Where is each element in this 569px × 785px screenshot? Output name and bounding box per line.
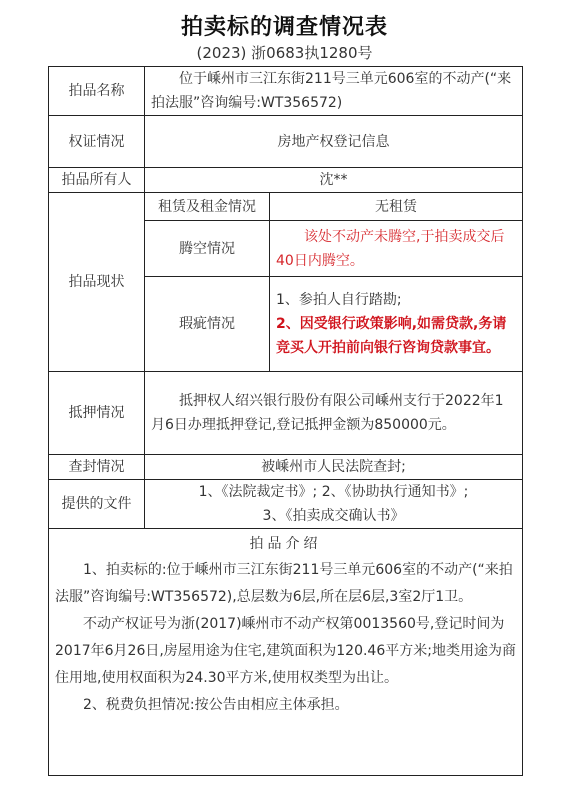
current-status-label: 拍品现状 — [49, 193, 145, 372]
vacancy-value: 该处不动产未腾空,于拍卖成交后40日内腾空。 — [270, 221, 523, 277]
row-documents: 提供的文件 1、《法院裁定书》; 2、《协助执行通知书》; 3、《拍卖成交确认书… — [49, 480, 523, 529]
item-name-value: 位于嵊州市三江东街211号三单元606室的不动产(“来拍法服”咨询编号:WT35… — [145, 67, 523, 116]
documents-line-1: 1、《法院裁定书》; 2、《协助执行通知书》; — [151, 480, 516, 504]
rental-label: 租赁及租金情况 — [145, 193, 270, 221]
row-introduction: 拍品介绍 1、拍卖标的:位于嵊州市三江东街211号三单元606室的不动产(“来拍… — [49, 529, 523, 776]
introduction-para-2: 不动产权证号为浙(2017)嵊州市不动产权第0013560号,登记时间为2017… — [55, 611, 516, 692]
title-status-label: 权证情况 — [49, 116, 145, 168]
seizure-label: 查封情况 — [49, 455, 145, 480]
documents-line-2: 3、《拍卖成交确认书》 — [151, 504, 516, 528]
documents-label: 提供的文件 — [49, 480, 145, 529]
vacancy-label: 腾空情况 — [145, 221, 270, 277]
defects-item-1: 1、参拍人自行踏勘; — [276, 288, 516, 312]
item-name-label: 拍品名称 — [49, 67, 145, 116]
document-title: 拍卖标的调查情况表 — [0, 10, 569, 41]
investigation-table: 拍品名称 位于嵊州市三江东街211号三单元606室的不动产(“来拍法服”咨询编号… — [48, 66, 523, 776]
mortgage-value: 抵押权人绍兴银行股份有限公司嵊州支行于2022年1月6日办理抵押登记,登记抵押金… — [145, 372, 523, 455]
documents-value: 1、《法院裁定书》; 2、《协助执行通知书》; 3、《拍卖成交确认书》 — [145, 480, 523, 529]
introduction-para-3: 2、税费负担情况:按公告由相应主体承担。 — [55, 692, 516, 719]
introduction-para-1: 1、拍卖标的:位于嵊州市三江东街211号三单元606室的不动产(“来拍法服”咨询… — [55, 557, 516, 611]
owner-label: 拍品所有人 — [49, 168, 145, 193]
title-status-value: 房地产权登记信息 — [145, 116, 523, 168]
introduction-cell: 拍品介绍 1、拍卖标的:位于嵊州市三江东街211号三单元606室的不动产(“来拍… — [49, 529, 523, 776]
mortgage-label: 抵押情况 — [49, 372, 145, 455]
row-seizure: 查封情况 被嵊州市人民法院查封; — [49, 455, 523, 480]
row-rental: 拍品现状 租赁及租金情况 无租赁 — [49, 193, 523, 221]
introduction-title: 拍品介绍 — [55, 531, 516, 557]
seizure-value: 被嵊州市人民法院查封; — [145, 455, 523, 480]
case-number: (2023) 浙0683执1280号 — [0, 42, 569, 63]
row-title-status: 权证情况 房地产权登记信息 — [49, 116, 523, 168]
row-item-name: 拍品名称 位于嵊州市三江东街211号三单元606室的不动产(“来拍法服”咨询编号… — [49, 67, 523, 116]
row-owner: 拍品所有人 沈** — [49, 168, 523, 193]
owner-value: 沈** — [145, 168, 523, 193]
defects-label: 瑕疵情况 — [145, 277, 270, 372]
defects-value: 1、参拍人自行踏勘; 2、因受银行政策影响,如需贷款,务请竞买人开拍前向银行咨询… — [270, 277, 523, 372]
rental-value: 无租赁 — [270, 193, 523, 221]
defects-item-2: 2、因受银行政策影响,如需贷款,务请竞买人开拍前向银行咨询贷款事宜。 — [276, 312, 516, 360]
row-mortgage: 抵押情况 抵押权人绍兴银行股份有限公司嵊州支行于2022年1月6日办理抵押登记,… — [49, 372, 523, 455]
